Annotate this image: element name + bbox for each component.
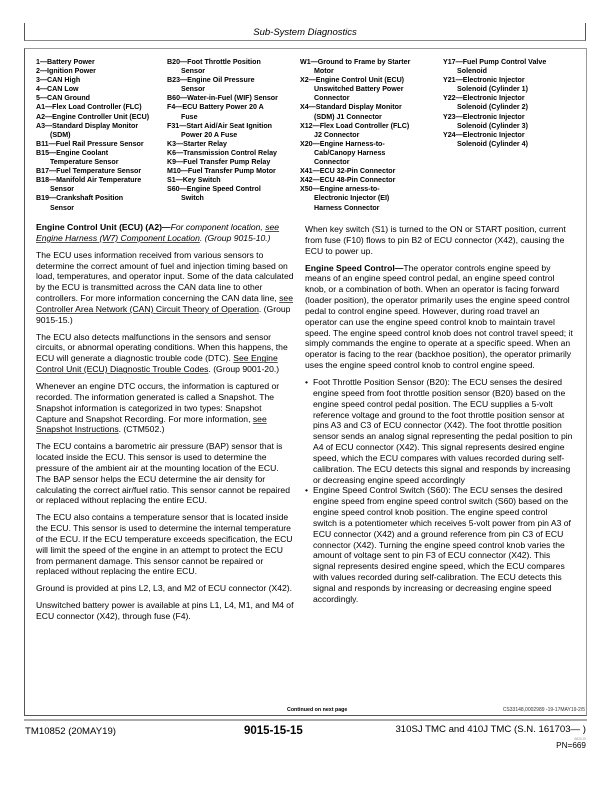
legend-description-continued: Sensor — [167, 67, 297, 76]
legend-description: Flex Load Controller (FLC) — [320, 122, 409, 131]
legend-description: Electronic Injector — [463, 94, 525, 103]
engine-speed-control-heading: Engine Speed Control— — [305, 263, 403, 273]
reference-code: CS33148,0002989 -19-17MAY19-2/5 — [503, 707, 585, 713]
legend-description-continued: Harness Connector — [300, 204, 430, 213]
legend-description-continued: Switch — [167, 194, 297, 203]
legend-code: K6— — [167, 149, 183, 158]
legend-description-continued: Connector — [300, 94, 430, 103]
legend-description-continued: Motor — [300, 67, 430, 76]
footer-page-number: PN=669 — [556, 741, 586, 750]
legend-description: Starter Relay — [183, 140, 227, 149]
legend-description-continued: Solenoid (Cylinder 3) — [443, 122, 568, 131]
engine-speed-bullet-list: Foot Throttle Position Sensor (B20): The… — [305, 377, 573, 605]
legend-code: K3— — [167, 140, 183, 149]
legend-description-continued: Solenoid (Cylinder 2) — [443, 103, 568, 112]
legend-item: Y24—Electronic Injector — [443, 131, 568, 140]
legend-code: X2— — [300, 76, 316, 85]
paragraph-engine-speed-control: Engine Speed Control—The operator contro… — [305, 263, 573, 371]
legend-item: X2—Engine Control Unit (ECU) — [300, 76, 430, 85]
legend-description: Water-in-Fuel (WIF) Sensor — [187, 94, 278, 103]
legend-item: Y17—Fuel Pump Control Valve — [443, 58, 568, 67]
legend-code: A2— — [36, 113, 52, 122]
legend-description: ECU Battery Power 20 A — [182, 103, 263, 112]
paragraph-text: . (Group 9001-20.) — [208, 364, 279, 374]
legend-item: K9—Fuel Transfer Pump Relay — [167, 158, 297, 167]
legend-item: A2—Engine Controller Unit (ECU) — [36, 113, 166, 122]
legend-description: Engine Coolant — [56, 149, 108, 158]
legend-description-continued: Unswitched Battery Power — [300, 85, 430, 94]
legend-description: Fuel Rail Pressure Sensor — [56, 140, 144, 149]
legend-item: A1—Flex Load Controller (FLC) — [36, 103, 166, 112]
paragraph-key-switch: When key switch (S1) is turned to the ON… — [305, 224, 573, 257]
footer-manual-id: TM10852 (20MAY19) — [25, 726, 116, 737]
legend-description-continued: J2 Connector — [300, 131, 430, 140]
legend-code: Y17— — [443, 58, 463, 67]
legend-description: Engine Oil Pressure — [187, 76, 254, 85]
legend-description: Electronic Injector — [463, 113, 525, 122]
legend-description: Manifold Air Temperature — [56, 176, 141, 185]
paragraph-bap-sensor: The ECU contains a barometric air pressu… — [36, 441, 294, 506]
legend-description: Transmission Control Relay — [183, 149, 277, 158]
legend-code: B11— — [36, 140, 56, 149]
legend-item: F4—ECU Battery Power 20 A — [167, 103, 297, 112]
legend-description-continued: (SDM) J1 Connector — [300, 113, 430, 122]
continued-notice: Continued on next page — [287, 707, 347, 713]
legend-description-continued: Solenoid (Cylinder 1) — [443, 85, 568, 94]
legend-code: B18— — [36, 176, 56, 185]
legend-description: CAN Ground — [47, 94, 90, 103]
legend-item: X41—ECU 32-Pin Connector — [300, 167, 430, 176]
paragraph-ecu-dtc: The ECU also detects malfunctions in the… — [36, 332, 294, 375]
section-title: Sub-System Diagnostics — [25, 27, 585, 38]
paragraph-ground: Ground is provided at pins L2, L3, and M… — [36, 583, 294, 594]
paragraph-temperature-sensor: The ECU also contains a temperature sens… — [36, 512, 294, 577]
legend-code: 1— — [36, 58, 47, 67]
legend-description: Engine arness-to- — [320, 185, 380, 194]
left-text-column: Engine Control Unit (ECU) (A2)—For compo… — [36, 222, 294, 628]
bullet-foot-throttle-sensor: Foot Throttle Position Sensor (B20): The… — [305, 377, 573, 485]
legend-description: Start Aid/Air Seat Ignition — [186, 122, 272, 131]
legend-item: Y21—Electronic Injector — [443, 76, 568, 85]
legend-item: Y22—Electronic Injector — [443, 94, 568, 103]
legend-code: A1— — [36, 103, 52, 112]
legend-description-continued: Sensor — [36, 185, 166, 194]
legend-description: Fuel Transfer Pump Relay — [183, 158, 270, 167]
legend-description: Electronic Injector — [463, 76, 525, 85]
legend-item: 5—CAN Ground — [36, 94, 166, 103]
legend-code: 5— — [36, 94, 47, 103]
legend-item: X20—Engine Harness-to- — [300, 140, 430, 149]
legend-description-continued: Solenoid — [443, 67, 568, 76]
legend-item: X50—Engine arness-to- — [300, 185, 430, 194]
footer-model: 310SJ TMC and 410J TMC (S.N. 161703— ) — [395, 724, 586, 735]
legend-description-continued: Solenoid (Cylinder 4) — [443, 140, 568, 149]
legend-description: ECU 48-Pin Connector — [320, 176, 396, 185]
legend-description: Foot Throttle Position — [187, 58, 261, 67]
legend-item: B17—Fuel Temperature Sensor — [36, 167, 166, 176]
legend-code: 2— — [36, 67, 47, 76]
ecu-heading-label: Engine Control Unit (ECU) (A2)— — [36, 222, 171, 232]
legend-item: B11—Fuel Rail Pressure Sensor — [36, 140, 166, 149]
legend-item: M10—Fuel Transfer Pump Motor — [167, 167, 297, 176]
legend-item: B15—Engine Coolant — [36, 149, 166, 158]
legend-code: F31— — [167, 122, 186, 131]
legend-code: X20— — [300, 140, 320, 149]
legend-column-3: W1—Ground to Frame by StarterMotorX2—Eng… — [300, 58, 430, 213]
paragraph-text: Whenever an engine DTC occurs, the infor… — [36, 381, 279, 424]
legend-description: Standard Display Monitor — [316, 103, 402, 112]
legend-code: F4— — [167, 103, 182, 112]
legend-code: B23— — [167, 76, 187, 85]
legend-code: Y23— — [443, 113, 463, 122]
legend-description-continued: Temperature Sensor — [36, 158, 166, 167]
legend-description: Ground to Frame by Starter — [318, 58, 411, 67]
legend-code: X41— — [300, 167, 320, 176]
legend-description: CAN High — [47, 76, 80, 85]
ecu-section-heading: Engine Control Unit (ECU) (A2)—For compo… — [36, 222, 294, 244]
bullet-engine-speed-control-switch: Engine Speed Control Switch (S60): The E… — [305, 485, 573, 604]
legend-item: B20—Foot Throttle Position — [167, 58, 297, 67]
legend-item: X42—ECU 48-Pin Connector — [300, 176, 430, 185]
legend-description-continued: Electronic Injector (EI) — [300, 194, 430, 203]
legend-description-continued: Fuse — [167, 113, 297, 122]
legend-code: B15— — [36, 149, 56, 158]
paragraph-battery-power: Unswitched battery power is available at… — [36, 600, 294, 622]
footer-page-code: 9015-15-15 — [244, 725, 303, 737]
legend-item: W1—Ground to Frame by Starter — [300, 58, 430, 67]
legend-description: Battery Power — [47, 58, 95, 67]
paragraph-snapshot: Whenever an engine DTC occurs, the infor… — [36, 381, 294, 435]
legend-description: CAN Low — [47, 85, 79, 94]
legend-item: B60—Water-in-Fuel (WIF) Sensor — [167, 94, 297, 103]
legend-code: X42— — [300, 176, 320, 185]
paragraph-text: The operator controls engine speed by me… — [305, 263, 573, 371]
legend-code: K9— — [167, 158, 183, 167]
legend-code: B60— — [167, 94, 187, 103]
legend-code: A3— — [36, 122, 52, 131]
legend-code: X12— — [300, 122, 320, 131]
legend-item: S1—Key Switch — [167, 176, 297, 185]
legend-item: Y23—Electronic Injector — [443, 113, 568, 122]
legend-description: Engine Controller Unit (ECU) — [52, 113, 149, 122]
legend-description: Key Switch — [183, 176, 221, 185]
legend-code: 4— — [36, 85, 47, 94]
legend-code: Y21— — [443, 76, 463, 85]
legend-item: A3—Standard Display Monitor — [36, 122, 166, 131]
legend-item: X12—Flex Load Controller (FLC) — [300, 122, 430, 131]
legend-description: Engine Control Unit (ECU) — [316, 76, 404, 85]
legend-code: W1— — [300, 58, 318, 67]
ecu-heading-group: . (Group 9015-10.) — [200, 233, 271, 243]
legend-description-continued: (SDM) — [36, 131, 166, 140]
legend-description: Fuel Transfer Pump Motor — [188, 167, 276, 176]
legend-item: S60—Engine Speed Control — [167, 185, 297, 194]
legend-item: 2—Ignition Power — [36, 67, 166, 76]
legend-item: X4—Standard Display Monitor — [300, 103, 430, 112]
paragraph-text: The ECU uses information received from v… — [36, 250, 294, 303]
legend-item: F31—Start Aid/Air Seat Ignition — [167, 122, 297, 131]
legend-description: Electronic Injector — [463, 131, 525, 140]
legend-description: Fuel Temperature Sensor — [56, 167, 141, 176]
legend-code: S60— — [167, 185, 187, 194]
page-header: Sub-System Diagnostics — [24, 23, 586, 41]
legend-description-continued: Sensor — [167, 85, 297, 94]
legend-description: Fuel Pump Control Valve — [463, 58, 547, 67]
legend-code: Y24— — [443, 131, 463, 140]
legend-description: ECU 32-Pin Connector — [320, 167, 396, 176]
legend-code: 3— — [36, 76, 47, 85]
legend-code: B17— — [36, 167, 56, 176]
legend-code: B20— — [167, 58, 187, 67]
legend-description-continued: Connector — [300, 158, 430, 167]
legend-code: X50— — [300, 185, 320, 194]
legend-code: M10— — [167, 167, 188, 176]
legend-item: B18—Manifold Air Temperature — [36, 176, 166, 185]
legend-item: 4—CAN Low — [36, 85, 166, 94]
paragraph-ecu-overview: The ECU uses information received from v… — [36, 250, 294, 326]
legend-code: X4— — [300, 103, 316, 112]
legend-item: 1—Battery Power — [36, 58, 166, 67]
legend-column-4: Y17—Fuel Pump Control ValveSolenoidY21—E… — [443, 58, 568, 149]
legend-description-continued: Cab/Canopy Harness — [300, 149, 430, 158]
legend-description-continued: Power 20 A Fuse — [167, 131, 297, 140]
ecu-heading-note: For component location, — [171, 222, 266, 232]
right-text-column: When key switch (S1) is turned to the ON… — [305, 224, 573, 605]
legend-description-continued: Sensor — [36, 204, 166, 213]
legend-description: Flex Load Controller (FLC) — [52, 103, 141, 112]
legend-description: Engine Harness-to- — [320, 140, 385, 149]
legend-item: K3—Starter Relay — [167, 140, 297, 149]
legend-code: Y22— — [443, 94, 463, 103]
legend-description: Crankshaft Position — [56, 194, 123, 203]
footer-divider — [24, 719, 587, 721]
legend-code: S1— — [167, 176, 183, 185]
legend-description: Standard Display Monitor — [52, 122, 138, 131]
legend-column-1: 1—Battery Power2—Ignition Power3—CAN Hig… — [36, 58, 166, 213]
legend-description: Ignition Power — [47, 67, 96, 76]
legend-item: B19—Crankshaft Position — [36, 194, 166, 203]
legend-item: K6—Transmission Control Relay — [167, 149, 297, 158]
legend-item: 3—CAN High — [36, 76, 166, 85]
legend-description: Engine Speed Control — [187, 185, 261, 194]
legend-column-2: B20—Foot Throttle PositionSensorB23—Engi… — [167, 58, 297, 204]
paragraph-text: . (CTM502.) — [119, 424, 165, 434]
legend-item: B23—Engine Oil Pressure — [167, 76, 297, 85]
legend-code: B19— — [36, 194, 56, 203]
